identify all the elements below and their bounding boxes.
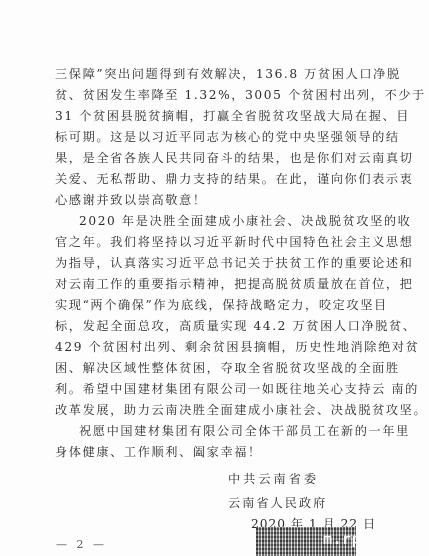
text-line: 改革发展，助力云南决胜全面建成小康社会、决战脱贫攻坚。 (55, 400, 368, 421)
text-line: 官之年。我们将坚持以习近平新时代中国特色社会主义思想 (55, 232, 368, 253)
text-line: 标可期。这是以习近平同志为核心的党中央坚强领导的结 (55, 127, 368, 148)
text-line: 身体健康、工作顺利、阖家幸福！ (55, 442, 368, 463)
letter-body: 三保障”突出问题得到有效解决，136.8 万贫困人口净脱 贫、贫困发生率降至 1… (55, 64, 368, 463)
text-line: 贫、贫困发生率降至 1.32%，3005 个贫困村出列，不少于 (55, 85, 368, 106)
text-line: 果，是全省各族人民共同奋斗的结果，也是你们对云南真切 (55, 148, 368, 169)
text-line: 2020 年是决胜全面建成小康社会、决战脱贫攻坚的收 (55, 211, 368, 232)
text-line: 对云南工作的重要指示精神，把提高脱贫质量放在首位，把 (55, 274, 368, 295)
text-line: 心感谢并致以崇高敬意！ (55, 190, 368, 211)
signature-org-2: 云南省人民政府 (228, 495, 327, 511)
text-line: 三保障”突出问题得到有效解决，136.8 万贫困人口净脱 (55, 64, 368, 85)
text-line: 困、解决区域性整体贫困，夺取全省脱贫攻坚战的全面胜 (55, 358, 368, 379)
text-line: 31 个贫困县脱贫摘帽，打赢全省脱贫攻坚战大局在握、目 (55, 106, 368, 127)
text-line: 关爱、无私帮助、鼎力支持的结果。在此，谨向你们表示衷 (55, 169, 368, 190)
document-page: 三保障”突出问题得到有效解决，136.8 万贫困人口净脱 贫、贫困发生率降至 1… (0, 0, 429, 556)
signature-org-1: 中共云南省委 (228, 471, 319, 487)
text-line: 利。希望中国建材集团有限公司一如既往地关心支持云 南的 (55, 379, 368, 400)
text-line: 429 个贫困村出列、剩余贫困县摘帽，历史性地消除绝对贫 (55, 337, 368, 358)
text-line: 祝愿中国建材集团有限公司全体干部员工在新的一年里 (55, 421, 368, 442)
watermark: m.rp (323, 530, 361, 548)
page-number: — 2 — (56, 538, 107, 551)
text-line: 实现“两个确保”作为底线，保持战略定力，咬定攻坚目 (55, 295, 368, 316)
text-line: 为指导，认真落实习近平总书记关于扶贫工作的重要论述和 (55, 253, 368, 274)
text-line: 标，发起全面总攻，高质量实现 44.2 万贫困人口净脱贫、 (55, 316, 368, 337)
